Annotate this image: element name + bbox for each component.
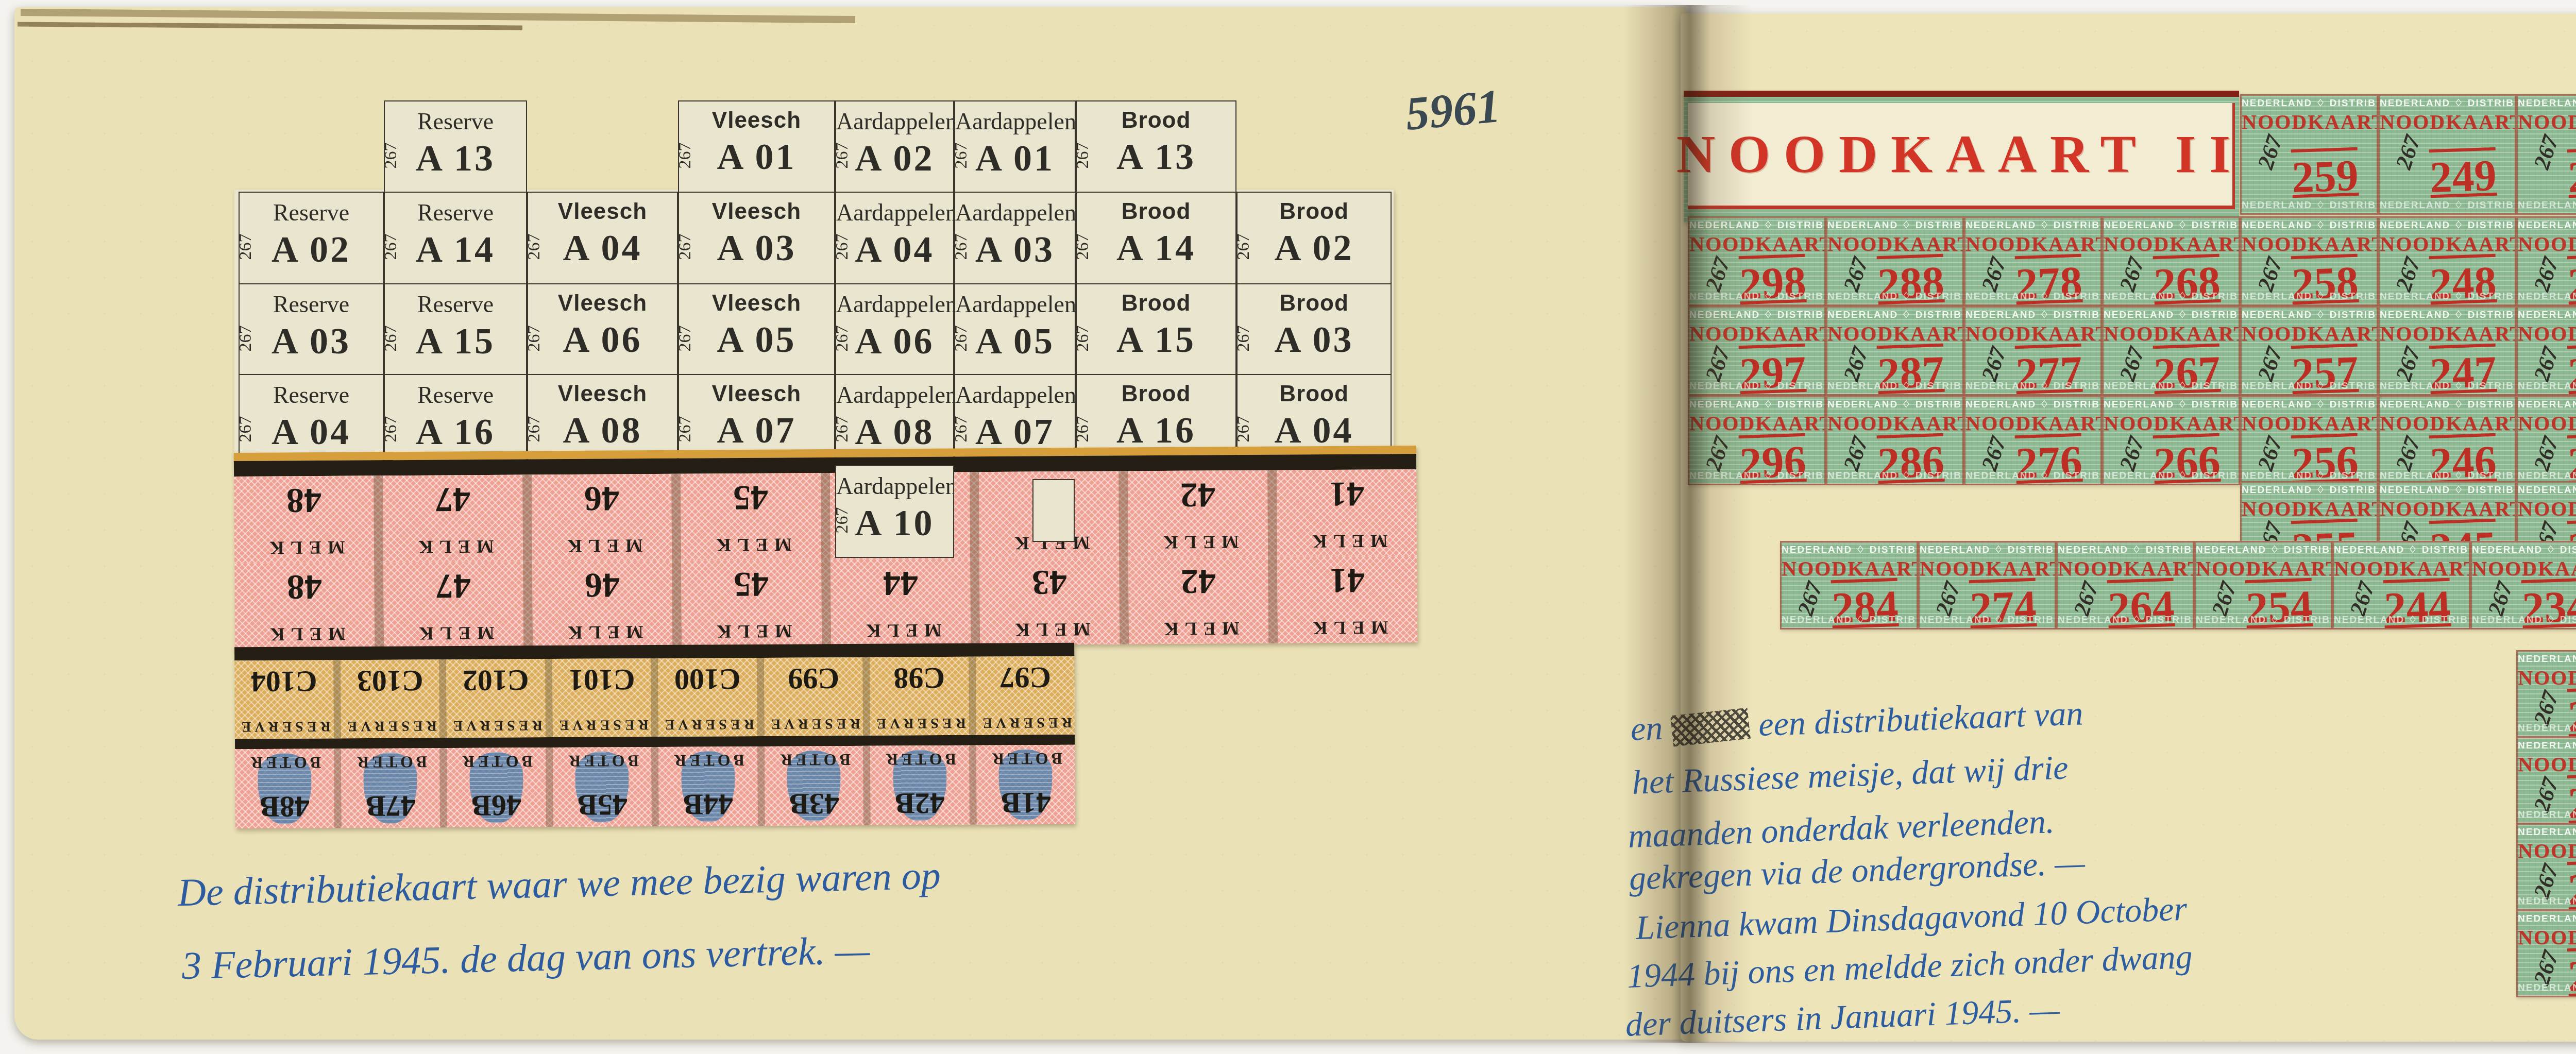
stamp-word: NOODKAART [1782,556,1917,581]
coupon-serial: 267 [835,143,852,169]
coupon-label: Reserve [385,291,526,318]
stamp-word: NOODKAART [1827,411,1962,435]
coupon-code: A 15 [385,320,526,363]
noodkaart-stamp: NEDERLAND ♢ DISTRIBUTIENOODKAART248267NE… [2378,216,2516,306]
stamp-watermark: NEDERLAND ♢ DISTRIBUTIE [2242,380,2377,392]
stamp-word: NOODKAART [2242,321,2377,346]
stamp-watermark: NEDERLAND ♢ DISTRIBUTIE [2518,809,2576,821]
stamp-word: NOODKAART [1965,232,2100,256]
stamp-watermark: NEDERLAND ♢ DISTRIBUTIE [2518,399,2576,411]
stamp-word: NOODKAART [2518,411,2576,435]
coupon-code: A 13 [1077,135,1235,178]
stamp-word: NOODKAART [2380,497,2515,521]
stamp-watermark: NEDERLAND ♢ DISTRIBUTIE [2058,544,2193,556]
coupon-serial: 267 [527,234,544,260]
stamp-face: MELK43 [979,558,1120,645]
stamp-face: MELK45 [681,473,821,560]
stamp-watermark: NEDERLAND ♢ DISTRIBUTIE [2380,484,2515,496]
coupon-label: Vleesch [528,381,677,407]
stamp-serial: 267 [1976,433,2012,474]
melk-stamp: MELK41 [1277,469,1417,557]
noodkaart-stamp: NEDERLAND ♢ DISTRIBUTIENOODKAART254267NE… [2194,541,2332,630]
stamp-watermark: NEDERLAND ♢ DISTRIBUTIE [1965,399,2100,411]
noodkaart-stamp: NEDERLAND ♢ DISTRIBUTIENOODKAART232267NE… [2516,737,2576,824]
melk-stamp: MELK44 [831,558,980,646]
coupon-cell: AardappelenA 02267 [835,100,954,193]
coupon-serial: 267 [384,416,401,443]
coupon-cell: VleeschA 04267 [527,192,678,284]
coupon-serial: 267 [954,326,971,352]
boter-stamp: 46BBOTER [447,747,553,827]
noodkaart-stamp: NEDERLAND ♢ DISTRIBUTIENOODKAART284267NE… [1780,541,1918,630]
noodkaart-stamp: NEDERLAND ♢ DISTRIBUTIENOODKAART246267NE… [2378,396,2516,485]
coupon-label: Brood [1238,199,1391,225]
coupon-code: A 02 [836,137,953,180]
stamp-label: MELK [1307,617,1388,639]
coupon-serial: 267 [239,234,256,260]
stamp-number: 44B [683,787,733,822]
coupon-code: A 03 [679,227,834,269]
coupon-label: Aardappelen [955,199,1075,226]
stamp-number: 44 [883,563,918,604]
stamp-label: BOTER [671,751,744,770]
stamp-watermark: NEDERLAND ♢ DISTRIBUTIE [2334,614,2469,626]
stamp-face: MELK45 [682,559,822,647]
stamp-serial: 267 [1976,344,2012,384]
stamp-number: C101 [568,662,635,698]
stamp-label: RESERVE [344,717,436,734]
stamp-label: MELK [264,623,345,645]
stamp-watermark: NEDERLAND ♢ DISTRIBUTIE [2518,826,2576,838]
stamp-serial: 267 [2529,433,2564,474]
stamp-watermark: NEDERLAND ♢ DISTRIBUTIE [1827,399,1962,411]
stamp-serial: 267 [2391,433,2426,474]
coupon-label: Vleesch [679,199,834,225]
coupon-label: Brood [1077,291,1235,316]
stamp-serial: 267 [2114,433,2150,474]
stamp-face: MELK46 [532,560,672,648]
stamp-watermark: NEDERLAND ♢ DISTRIBUTIE [2104,470,2239,482]
stamp-number: 45 [733,478,768,518]
coupon-serial: 267 [239,326,256,352]
stamp-label: BOTER [460,752,533,771]
stamp-label: RESERVE [661,716,754,733]
stamp-number: 48B [260,790,310,825]
coupon-serial: 267 [239,416,256,443]
stamp-watermark: NEDERLAND ♢ DISTRIBUTIE [2104,291,2239,302]
coupon-serial: 267 [1236,416,1253,443]
noodkaart-stamp: NEDERLAND ♢ DISTRIBUTIENOODKAART264267NE… [2056,541,2194,630]
boter-stamp: 45BBOTER [553,747,659,827]
stamp-label: RESERVE [238,718,330,735]
stamp-word: NOODKAART [2334,556,2469,581]
coupon-cell: ReserveA 15267 [384,283,527,376]
stamp-serial: 267 [2114,254,2150,295]
corner-scrap [1032,479,1075,542]
reserve-stamp: RESERVEC99 [764,657,870,736]
stamp-face: RESERVEC101 [552,658,651,737]
coupon-cell: ReserveA 14267 [384,192,527,284]
stamp-number: 42B [895,786,945,821]
stamp-word: NOODKAART [2472,556,2576,581]
noodkaart-stamp: NEDERLAND ♢ DISTRIBUTIENOODKAART276267NE… [1964,396,2102,485]
boter-stamp-row: 48BBOTER47BBOTER46BBOTER45BBOTER44BBOTER… [235,745,1075,829]
stamp-watermark: NEDERLAND ♢ DISTRIBUTIE [1827,219,1962,231]
coupon-cell: AardappelenA 10267 [835,465,954,558]
coupon-serial: 267 [835,416,852,443]
stamp-number: 43B [789,787,839,822]
stamp-number: C99 [788,661,839,696]
stamp-label: RESERVE [767,715,860,732]
coupon-code: A 14 [1077,227,1235,269]
stamp-word: NOODKAART [2518,232,2576,256]
coupon-code: A 02 [1238,227,1391,269]
stamp-face: 43BBOTER [765,746,863,826]
noodkaart-stamp: NEDERLAND ♢ DISTRIBUTIENOODKAART288267NE… [1826,216,1964,306]
melk-stamp: MELK45 [681,473,830,560]
noodkaart-stamp: NEDERLAND ♢ DISTRIBUTIENOODKAART237267NE… [2516,306,2576,396]
stamp-watermark: NEDERLAND ♢ DISTRIBUTIE [2518,219,2576,231]
stamp-word: NOODKAART [2104,232,2239,256]
coupon-serial: 267 [1076,416,1093,443]
coupon-label: Vleesch [528,291,677,316]
noodkaart-stamp: NEDERLAND ♢ DISTRIBUTIENOODKAART249267NE… [2378,94,2516,215]
coupon-serial: 267 [835,234,852,260]
coupon-code: A 03 [1238,318,1391,361]
stamp-watermark: NEDERLAND ♢ DISTRIBUTIE [1965,309,2100,321]
noodkaart-stamp: NEDERLAND ♢ DISTRIBUTIENOODKAART258267NE… [2240,216,2378,306]
boter-stamp: 48BBOTER [235,749,341,828]
stamp-label: MELK [562,621,643,643]
melk-stamp: MELK47 [383,474,532,562]
stamp-serial: 267 [2391,132,2426,173]
stamp-number: 48 [286,480,321,521]
stamp-word: NOODKAART [2518,839,2576,863]
stamp-watermark: NEDERLAND ♢ DISTRIBUTIE [1965,219,2100,231]
stamp-watermark: NEDERLAND ♢ DISTRIBUTIE [2518,291,2576,302]
coupon-cell: ReserveA 03267 [239,283,384,376]
stamp-label: MELK [1306,530,1387,552]
stamp-watermark: NEDERLAND ♢ DISTRIBUTIE [1782,544,1917,556]
stamp-watermark: NEDERLAND ♢ DISTRIBUTIE [2518,895,2576,907]
stamp-watermark: NEDERLAND ♢ DISTRIBUTIE [2518,199,2576,211]
stamp-face: MELK41 [1277,556,1417,643]
melk-stamp: MELK42 [1128,557,1278,644]
stamp-serial: 267 [2207,579,2242,619]
stamp-label: RESERVE [449,717,542,734]
stamp-face: RESERVEC99 [764,657,863,736]
stamp-watermark: NEDERLAND ♢ DISTRIBUTIE [2104,309,2239,321]
stamp-face: 44BBOTER [658,746,757,826]
stamp-face: MELK42 [1128,470,1268,558]
stamp-face: RESERVEC104 [234,660,333,739]
coupon-code: A 04 [836,228,953,271]
coupon-label: Reserve [385,108,526,135]
stamp-word: NOODKAART [1965,411,2100,435]
stamp-watermark: NEDERLAND ♢ DISTRIBUTIE [2380,97,2515,109]
coupon-serial: 267 [1236,234,1253,260]
stamp-serial: 267 [1838,433,1874,474]
coupon-cell: BroodA 14267 [1076,192,1236,284]
stamp-face: 47BBOTER [341,748,440,828]
noodkaart-stamp: NEDERLAND ♢ DISTRIBUTIENOODKAART287267NE… [1826,306,1964,396]
coupon-serial: 267 [1076,143,1093,169]
stamp-watermark: NEDERLAND ♢ DISTRIBUTIE [2104,399,2239,411]
coupon-code: A 03 [955,228,1075,271]
coupon-code: A 05 [679,318,834,361]
stamp-label: MELK [1009,619,1090,641]
stamp-watermark: NEDERLAND ♢ DISTRIBUTIE [2472,544,2576,556]
stamp-serial: 267 [2252,433,2288,474]
boter-stamp: 42BBOTER [870,745,976,825]
stamp-watermark: NEDERLAND ♢ DISTRIBUTIE [1965,380,2100,392]
stamp-number: 47 [436,566,471,606]
coupon-code: A 15 [1077,318,1235,361]
boter-stamp: 43BBOTER [765,746,871,826]
stamp-word: NOODKAART [2518,752,2576,776]
stamp-word: NOODKAART [2104,411,2239,435]
stamp-serial: 267 [2345,579,2380,619]
coupon-serial: 267 [678,416,695,443]
noodkaart-stamp: NEDERLAND ♢ DISTRIBUTIENOODKAART234267NE… [2470,541,2576,630]
stamp-label: BOTER [248,753,321,772]
melk-stamp: MELK48 [234,562,384,650]
stamp-number: C102 [463,663,529,698]
coupon-cell: AardappelenA 03267 [954,192,1076,284]
coupon-label: Brood [1238,381,1391,407]
stamp-number: 41 [1330,560,1365,601]
stamp-word: NOODKAART [2518,666,2576,690]
stamp-watermark: NEDERLAND ♢ DISTRIBUTIE [1827,380,1962,392]
stamp-label: MELK [860,620,941,642]
stamp-word: NOODKAART [1965,321,2100,346]
coupon-serial: 267 [1076,326,1093,352]
coupon-label: Vleesch [679,291,834,316]
noodkaart-stamp: NEDERLAND ♢ DISTRIBUTIENOODKAART277267NE… [1964,306,2102,396]
coupon-label: Reserve [385,381,526,409]
stamp-number: 45 [734,564,769,605]
coupon-label: Vleesch [528,199,677,225]
stamp-watermark: NEDERLAND ♢ DISTRIBUTIE [1827,470,1962,482]
noodkaart-stamp: NEDERLAND ♢ DISTRIBUTIENOODKAART286267NE… [1826,396,1964,485]
coupon-code: A 05 [955,320,1075,363]
stamp-face: MELK47 [383,475,523,563]
stamp-watermark: NEDERLAND ♢ DISTRIBUTIE [2380,470,2515,482]
stamp-serial: 267 [2483,579,2518,619]
noodkaart-stamp: NEDERLAND ♢ DISTRIBUTIENOODKAART230267NE… [2516,910,2576,997]
stamp-label: MELK [413,622,495,644]
stamp-watermark: NEDERLAND ♢ DISTRIBUTIE [2380,219,2515,231]
melk-stamp: MELK47 [383,561,533,649]
stamp-watermark: NEDERLAND ♢ DISTRIBUTIE [2058,614,2193,626]
coupon-code: A 13 [385,137,526,180]
stamp-word: NOODKAART [2242,110,2377,134]
stamp-watermark: NEDERLAND ♢ DISTRIBUTIE [2518,740,2576,752]
stamp-face: RESERVEC97 [976,656,1075,735]
stamp-number: 46 [584,478,619,519]
coupon-code: A 16 [1077,409,1235,452]
stamp-number: 42 [1180,474,1215,515]
coupon-code: A 04 [240,411,383,453]
melk-stamp: MELK41 [1277,556,1417,643]
coupon-label: Aardappelen [836,472,953,500]
reserve-stamp-row: RESERVEC104RESERVEC103RESERVEC102RESERVE… [234,656,1075,739]
boter-stamp: 47BBOTER [341,748,447,828]
coupon-code: A 04 [528,227,677,269]
stamp-face: MELK44 [831,558,971,646]
stamp-word: NOODKAART [2518,110,2576,134]
melk-stamp-strip: MELK48MELK47MELK46MELK45MELK44MELK43MELK… [234,446,1417,650]
noodkaart-stamp: NEDERLAND ♢ DISTRIBUTIENOODKAART259267NE… [2240,94,2378,215]
coupon-serial: 267 [384,143,401,169]
noodkaart-banner: NOODKAART II [1688,103,2235,209]
coupon-code: A 08 [836,411,953,453]
stamp-watermark: NEDERLAND ♢ DISTRIBUTIE [2242,470,2377,482]
stamp-number: 47B [365,789,415,824]
coupon-serial: 267 [678,326,695,352]
stamp-watermark: NEDERLAND ♢ DISTRIBUTIE [1827,309,1962,321]
melk-stamp-row: MELK48MELK47MELK46MELK45MELK44MELK43MELK… [234,556,1417,650]
melk-stamp: MELK48 [234,475,383,563]
coupon-cell: VleeschA 03267 [678,192,835,284]
stamp-face: MELK48 [234,475,374,563]
stamp-watermark: NEDERLAND ♢ DISTRIBUTIE [2104,219,2239,231]
stamp-watermark: NEDERLAND ♢ DISTRIBUTIE [2518,722,2576,734]
stamp-face: 48BBOTER [235,749,334,828]
coupon-label: Brood [1077,108,1235,133]
stamp-watermark: NEDERLAND ♢ DISTRIBUTIE [2518,484,2576,496]
stamp-face: RESERVEC102 [446,659,545,738]
scan-background: { "page_numbers": { "left": "5961", "rig… [0,0,2576,1054]
stamp-word: NOODKAART [1920,556,2055,581]
stamp-label: MELK [1158,618,1239,640]
stamp-watermark: NEDERLAND ♢ DISTRIBUTIE [2518,470,2576,482]
stamp-label: MELK [562,535,643,557]
coupon-code: A 01 [679,135,834,178]
melk-stamp: MELK46 [532,474,681,562]
stamp-face: 41BBOTER [976,745,1075,825]
reserve-stamp: RESERVEC101 [552,658,658,737]
coupon-label: Aardappelen [836,291,953,318]
stamp-word: NOODKAART [2380,321,2515,346]
stamp-word: NOODKAART [2196,556,2331,581]
coupon-label: Brood [1238,291,1391,316]
stamp-word: NOODKAART [2104,321,2239,346]
stamp-face: RESERVEC100 [658,658,757,737]
coupon-cell: BroodA 13267 [1076,100,1236,193]
coupon-code: A 14 [385,228,526,271]
melk-stamp: MELK46 [532,560,682,648]
coupon-serial: 267 [954,143,971,169]
stamp-word: NOODKAART [2518,925,2576,949]
noodkaart-stamp: NEDERLAND ♢ DISTRIBUTIENOODKAART274267NE… [1918,541,2056,630]
coupon-cell: VleeschA 06267 [527,283,678,376]
coupon-code: A 16 [385,411,526,453]
stamp-number: 41B [1001,786,1050,821]
stamp-serial: 267 [2252,344,2288,384]
stamp-watermark: NEDERLAND ♢ DISTRIBUTIE [2472,614,2576,626]
coupon-serial: 267 [835,326,852,352]
coupon-label: Vleesch [679,108,834,133]
melk-stamp-row: MELK48MELK47MELK46MELK45MELK44MELK43MELK… [234,469,1417,563]
stamp-watermark: NEDERLAND ♢ DISTRIBUTIE [2104,380,2239,392]
reserve-stamp: RESERVEC100 [658,658,764,737]
reserve-stamp: RESERVEC103 [341,659,447,738]
coupon-label: Aardappelen [955,108,1075,135]
noodkaart-stamp: NEDERLAND ♢ DISTRIBUTIENOODKAART236267NE… [2516,396,2576,485]
coupon-serial: 267 [527,416,544,443]
coupon-code: A 04 [1238,409,1391,452]
stamp-label: RESERVE [873,715,965,732]
stamp-serial: 267 [1976,254,2012,295]
stamp-watermark: NEDERLAND ♢ DISTRIBUTIE [2380,309,2515,321]
coupon-cell: AardappelenA 01267 [954,100,1076,193]
noodkaart-stamp: NEDERLAND ♢ DISTRIBUTIENOODKAART238267NE… [2516,216,2576,306]
noodkaart-stamp: NEDERLAND ♢ DISTRIBUTIENOODKAART278267NE… [1964,216,2102,306]
stamp-word: NOODKAART [2518,321,2576,346]
stamp-watermark: NEDERLAND ♢ DISTRIBUTIE [2380,399,2515,411]
stamp-watermark: NEDERLAND ♢ DISTRIBUTIE [1827,291,1962,302]
coupon-code: A 06 [528,318,677,361]
stamp-face: 46BBOTER [447,747,546,827]
reserve-stamp: RESERVEC104 [234,660,341,739]
stamp-serial: 267 [2391,344,2426,384]
reserve-stamp: RESERVEC97 [976,656,1075,735]
coupon-label: Aardappelen [955,381,1075,409]
coupon-label: Reserve [240,291,383,318]
stamp-serial: 267 [1792,579,1828,619]
stamp-face: MELK47 [383,562,523,649]
stamp-face: MELK42 [1128,557,1268,644]
stamp-word: NOODKAART [1827,232,1962,256]
noodkaart-title: NOODKAART II [1676,124,2244,185]
stamp-serial: 267 [2529,344,2564,384]
stamp-serial: 267 [2391,254,2426,295]
stamp-label: MELK [710,534,792,556]
stamp-watermark: NEDERLAND ♢ DISTRIBUTIE [2518,97,2576,109]
stamp-number: 46 [585,565,620,605]
stamp-watermark: NEDERLAND ♢ DISTRIBUTIE [2196,544,2331,556]
stamp-label: MELK [413,536,494,558]
stamp-word: NOODKAART [2518,497,2576,521]
noodkaart-stamp: NEDERLAND ♢ DISTRIBUTIENOODKAART244267NE… [2332,541,2470,630]
coupon-label: Aardappelen [836,199,953,226]
noodkaart-stamp: NEDERLAND ♢ DISTRIBUTIENOODKAART257267NE… [2240,306,2378,396]
stamp-watermark: NEDERLAND ♢ DISTRIBUTIE [2380,380,2515,392]
stamp-label: BOTER [883,750,956,769]
coupon-cell: AardappelenA 05267 [954,283,1076,376]
stamp-serial: 267 [1930,579,1966,619]
coupon-code: A 07 [955,411,1075,453]
stamp-word: NOODKAART [2380,232,2515,256]
stamp-number: 43 [1031,562,1066,603]
stamp-word: NOODKAART [2058,556,2193,581]
stamp-watermark: NEDERLAND ♢ DISTRIBUTIE [2518,913,2576,925]
stamp-number: 249 [2429,149,2497,203]
stamp-serial: 267 [2252,254,2288,295]
stamp-face: MELK48 [234,562,375,650]
stamp-watermark: NEDERLAND ♢ DISTRIBUTIE [2380,291,2515,302]
coupon-label: Reserve [240,381,383,409]
noodkaart-stamp: NEDERLAND ♢ DISTRIBUTIENOODKAART239267NE… [2516,94,2576,215]
melk-stamp: MELK42 [1128,470,1277,558]
coupon-label: Reserve [240,199,383,226]
stamp-face: RESERVEC103 [341,659,439,738]
stamp-face: MELK41 [1277,469,1417,557]
stamp-watermark: NEDERLAND ♢ DISTRIBUTIE [2242,309,2377,321]
stamp-serial: 267 [1838,344,1874,384]
coupon-code: A 08 [528,409,677,452]
